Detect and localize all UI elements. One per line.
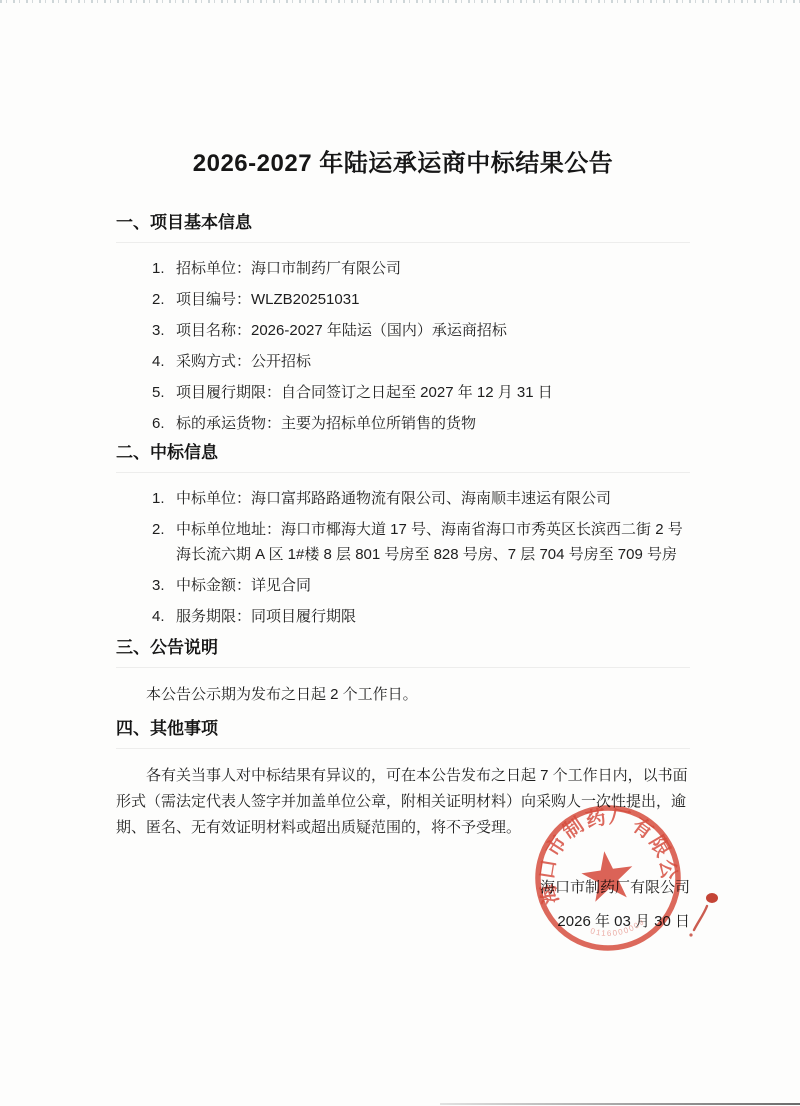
star-icon	[579, 848, 637, 903]
item-number: 1.	[152, 486, 176, 511]
section-4-heading: 四、其他事项	[116, 719, 690, 749]
section-project-info: 一、项目基本信息 1. 招标单位：海口市制药厂有限公司 2. 项目编号：WLZB…	[116, 213, 690, 436]
section-2-heading: 二、中标信息	[116, 443, 690, 473]
announcement-period-paragraph: 本公告公示期为发布之日起 2 个工作日。	[116, 682, 690, 708]
page-title: 2026-2027 年陆运承运商中标结果公告	[116, 148, 690, 180]
company-seal-stamp: 海口市制药厂有限公司 01160000093	[524, 794, 692, 962]
item-number: 4.	[152, 349, 176, 374]
item-text: 中标金额：详见合同	[176, 573, 690, 598]
list-item: 6. 标的承运货物：主要为招标单位所销售的货物	[152, 411, 690, 436]
list-item: 1. 招标单位：海口市制药厂有限公司	[152, 256, 690, 281]
item-number: 5.	[152, 380, 176, 405]
item-number: 3.	[152, 573, 176, 598]
award-info-list: 1. 中标单位：海口富邦路路通物流有限公司、海南顺丰速运有限公司 2. 中标单位…	[116, 486, 690, 629]
item-text: 项目履行期限：自合同签订之日起至 2027 年 12 月 31 日	[176, 380, 690, 405]
ink-blot	[682, 884, 730, 948]
section-1-heading: 一、项目基本信息	[116, 213, 690, 243]
section-3-heading: 三、公告说明	[116, 638, 690, 668]
item-number: 4.	[152, 604, 176, 629]
item-text: 项目编号：WLZB20251031	[176, 287, 690, 312]
scanned-document-page: 2026-2027 年陆运承运商中标结果公告 一、项目基本信息 1. 招标单位：…	[0, 0, 800, 1106]
project-info-list: 1. 招标单位：海口市制药厂有限公司 2. 项目编号：WLZB20251031 …	[116, 256, 690, 436]
item-number: 3.	[152, 318, 176, 343]
item-number: 1.	[152, 256, 176, 281]
item-text: 中标单位地址：海口市椰海大道 17 号、海南省海口市秀英区长滨西二街 2 号海长…	[176, 517, 690, 567]
item-number: 2.	[152, 517, 176, 567]
item-number: 2.	[152, 287, 176, 312]
list-item: 3. 项目名称：2026-2027 年陆运（国内）承运商招标	[152, 318, 690, 343]
list-item: 1. 中标单位：海口富邦路路通物流有限公司、海南顺丰速运有限公司	[152, 486, 690, 511]
item-number: 6.	[152, 411, 176, 436]
section-announcement-note: 三、公告说明 本公告公示期为发布之日起 2 个工作日。	[116, 638, 690, 708]
list-item: 4. 采购方式：公开招标	[152, 349, 690, 374]
list-item: 3. 中标金额：详见合同	[152, 573, 690, 598]
list-item: 4. 服务期限：同项目履行期限	[152, 604, 690, 629]
item-text: 招标单位：海口市制药厂有限公司	[176, 256, 690, 281]
list-item: 2. 中标单位地址：海口市椰海大道 17 号、海南省海口市秀英区长滨西二街 2 …	[152, 517, 690, 567]
item-text: 中标单位：海口富邦路路通物流有限公司、海南顺丰速运有限公司	[176, 486, 690, 511]
section-award-info: 二、中标信息 1. 中标单位：海口富邦路路通物流有限公司、海南顺丰速运有限公司 …	[116, 443, 690, 629]
list-item: 2. 项目编号：WLZB20251031	[152, 287, 690, 312]
item-text: 项目名称：2026-2027 年陆运（国内）承运商招标	[176, 318, 690, 343]
scan-bottom-edge	[440, 1103, 800, 1105]
item-text: 服务期限：同项目履行期限	[176, 604, 690, 629]
list-item: 5. 项目履行期限：自合同签订之日起至 2027 年 12 月 31 日	[152, 380, 690, 405]
item-text: 采购方式：公开招标	[176, 349, 690, 374]
item-text: 标的承运货物：主要为招标单位所销售的货物	[176, 411, 690, 436]
